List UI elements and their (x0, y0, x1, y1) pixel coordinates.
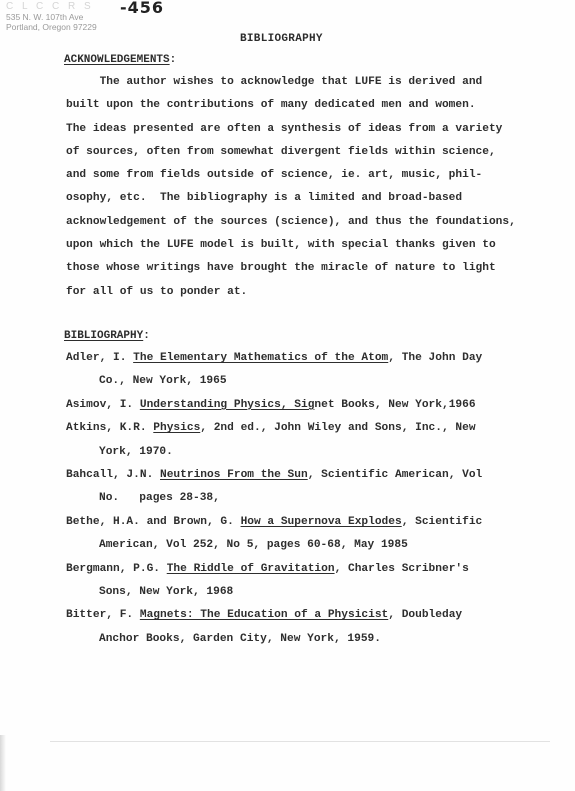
bibliography-entry: Bahcall, J.N. Neutrinos From the Sun, Sc… (66, 464, 546, 511)
paragraph-line: acknowledgement of the sources (science)… (66, 211, 536, 234)
entry-continuation: Sons, New York, 1968 (66, 581, 546, 604)
bibliography-entry: Bethe, H.A. and Brown, G. How a Supernov… (66, 511, 546, 558)
stamp-address-line: 535 N. W. 107th Ave (6, 12, 97, 22)
entry-continuation: York, 1970. (66, 441, 546, 464)
entry-publication: , Charles Scribner's (335, 563, 469, 575)
acknowledgements-heading-text: ACKNOWLEDGEMENTS (64, 54, 170, 66)
entry-title: The Riddle of Gravitation (167, 563, 335, 575)
entry-first-line: Asimov, I. Understanding Physics, Signet… (66, 394, 546, 417)
paragraph-line: those whose writings have brought the mi… (66, 257, 536, 280)
paragraph-line: built upon the contributions of many ded… (66, 94, 536, 117)
entry-first-line: Bahcall, J.N. Neutrinos From the Sun, Sc… (66, 464, 546, 487)
entry-publication: net Books, New York,1966 (314, 399, 475, 411)
scan-edge-line (50, 741, 550, 742)
entry-title: Neutrinos From the Sun (160, 469, 308, 481)
entry-publication: , The John Day (388, 352, 482, 364)
entry-first-line: Bitter, F. Magnets: The Education of a P… (66, 604, 546, 627)
entry-author: Atkins, K.R. (66, 422, 153, 434)
bibliography-entry: Asimov, I. Understanding Physics, Signet… (66, 394, 546, 417)
heading-colon: : (143, 330, 150, 342)
handwritten-code: -456 (120, 0, 164, 17)
entry-publication: , Scientific American, Vol (308, 469, 483, 481)
entry-first-line: Bergmann, P.G. The Riddle of Gravitation… (66, 558, 546, 581)
stamp-city-line: Portland, Oregon 97229 (6, 22, 97, 32)
paragraph-line: upon which the LUFE model is built, with… (66, 234, 536, 257)
paragraph-line: for all of us to ponder at. (66, 281, 536, 304)
entry-continuation: No. pages 28-38, (66, 487, 546, 510)
bibliography-entry: Bitter, F. Magnets: The Education of a P… (66, 604, 546, 651)
entry-continuation: Co., New York, 1965 (66, 370, 546, 393)
entry-publication: , Doubleday (388, 609, 462, 621)
bibliography-entry: Bergmann, P.G. The Riddle of Gravitation… (66, 558, 546, 605)
stamp-faded-line: C L C C R S (6, 2, 97, 12)
paragraph-line: The author wishes to acknowledge that LU… (66, 71, 536, 94)
entry-author: Bergmann, P.G. (66, 563, 167, 575)
entry-first-line: Atkins, K.R. Physics, 2nd ed., John Wile… (66, 417, 546, 440)
paragraph-line: of sources, often from somewhat divergen… (66, 141, 536, 164)
entry-first-line: Adler, I. The Elementary Mathematics of … (66, 347, 546, 370)
entry-continuation: American, Vol 252, No 5, pages 60-68, Ma… (66, 534, 546, 557)
paragraph-line: and some from fields outside of science,… (66, 164, 536, 187)
entry-author: Bitter, F. (66, 609, 140, 621)
acknowledgements-paragraph: The author wishes to acknowledge that LU… (66, 71, 536, 304)
bibliography-list: Adler, I. The Elementary Mathematics of … (66, 347, 546, 651)
bibliography-heading-text: BIBLIOGRAPHY (64, 330, 143, 342)
entry-publication: , Scientific (402, 516, 483, 528)
entry-title: The Elementary Mathematics of the Atom (133, 352, 388, 364)
paragraph-line: The ideas presented are often a synthesi… (66, 118, 536, 141)
bibliography-entry: Atkins, K.R. Physics, 2nd ed., John Wile… (66, 417, 546, 464)
entry-author: Bahcall, J.N. (66, 469, 160, 481)
entry-first-line: Bethe, H.A. and Brown, G. How a Supernov… (66, 511, 546, 534)
entry-continuation: Anchor Books, Garden City, New York, 195… (66, 628, 546, 651)
entry-title: How a Supernova Explodes (241, 516, 402, 528)
entry-author: Asimov, I. (66, 399, 140, 411)
paragraph-line: osophy, etc. The bibliography is a limit… (66, 187, 536, 210)
bibliography-entry: Adler, I. The Elementary Mathematics of … (66, 347, 546, 394)
document-page: C L C C R S 535 N. W. 107th Ave Portland… (0, 0, 575, 791)
bibliography-heading: BIBLIOGRAPHY: (64, 330, 150, 342)
entry-publication: , 2nd ed., John Wiley and Sons, Inc., Ne… (200, 422, 475, 434)
address-stamp: C L C C R S 535 N. W. 107th Ave Portland… (6, 2, 97, 32)
scan-shadow (0, 735, 6, 791)
acknowledgements-heading: ACKNOWLEDGEMENTS: (64, 54, 176, 66)
heading-colon: : (170, 54, 177, 66)
entry-title: Understanding Physics, Sig (140, 399, 315, 411)
entry-author: Adler, I. (66, 352, 133, 364)
page-title: BIBLIOGRAPHY (240, 33, 323, 45)
entry-title: Magnets: The Education of a Physicist (140, 609, 388, 621)
entry-title: Physics (153, 422, 200, 434)
entry-author: Bethe, H.A. and Brown, G. (66, 516, 241, 528)
